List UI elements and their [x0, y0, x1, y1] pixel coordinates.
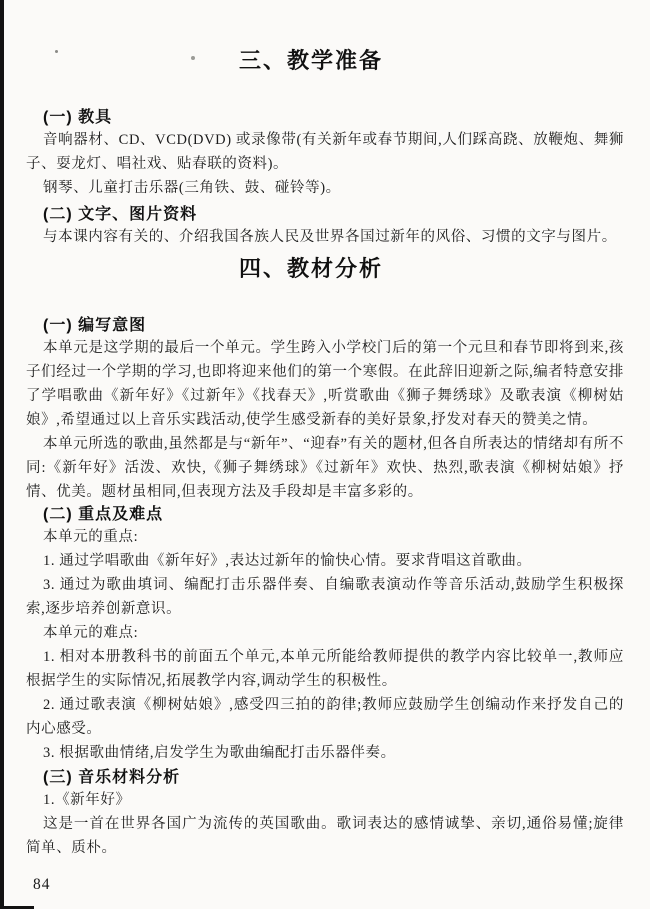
paragraph-song-item-title: 1.《新年好》 [26, 788, 624, 812]
paragraph-difficult-points-intro: 本单元的难点: [26, 621, 624, 645]
paragraph-writing-intent-2: 本单元所选的歌曲,虽然都是与“新年”、“迎春”有关的题材,但各自所表达的情绪却有… [26, 432, 624, 504]
paragraph-key-point-3: 3. 通过为歌曲填词、编配打击乐器伴奏、自编歌表演动作等音乐活动,鼓励学生积极探… [26, 573, 624, 621]
heading-music-material-analysis: (三) 音乐材料分析 [26, 767, 624, 788]
paragraph-audio-equipment: 音响器材、CD、VCD(DVD) 或录像带(有关新年或春节期间,人们踩高跷、放鞭… [26, 128, 624, 176]
page-content: 三、教学准备 (一) 教具 音响器材、CD、VCD(DVD) 或录像带(有关新年… [26, 0, 624, 860]
paragraph-piano-percussion: 钢琴、儿童打击乐器(三角铁、鼓、碰铃等)。 [26, 176, 624, 200]
section-title-textbook-analysis: 四、教材分析 [12, 255, 610, 283]
paragraph-key-points-intro: 本单元的重点: [26, 525, 624, 549]
paragraph-related-materials: 与本课内容有关的、介绍我国各族人民及世界各国过新年的风俗、习惯的文字与图片。 [26, 225, 624, 249]
paragraph-song-description: 这是一首在世界各国广为流传的英国歌曲。歌词表达的感情诚挚、亲切,通俗易懂;旋律简… [26, 812, 624, 860]
heading-key-difficult-points: (二) 重点及难点 [26, 504, 624, 525]
paragraph-writing-intent-1: 本单元是这学期的最后一个单元。学生跨入小学校门后的第一个元旦和春节即将到来,孩子… [26, 336, 624, 432]
section-title-teaching-preparation: 三、教学准备 [12, 47, 610, 75]
paragraph-key-point-1: 1. 通过学唱歌曲《新年好》,表达过新年的愉快心情。要求背唱这首歌曲。 [26, 549, 624, 573]
heading-teaching-aids: (一) 教具 [26, 107, 624, 128]
scan-edge-artifact [0, 0, 4, 909]
paragraph-difficult-point-2: 2. 通过歌表演《柳树姑娘》,感受四三拍的韵律;教师应鼓励学生创编动作来抒发自己… [26, 693, 624, 741]
heading-text-picture-materials: (二) 文字、图片资料 [26, 204, 624, 225]
heading-writing-intent: (一) 编写意图 [26, 315, 624, 336]
scanned-document-page: 三、教学准备 (一) 教具 音响器材、CD、VCD(DVD) 或录像带(有关新年… [0, 0, 650, 909]
page-number: 84 [33, 876, 51, 894]
paragraph-difficult-point-1: 1. 相对本册教科书的前面五个单元,本单元所能给教师提供的教学内容比较单一,教师… [26, 645, 624, 693]
paragraph-difficult-point-3: 3. 根据歌曲情绪,启发学生为歌曲编配打击乐器伴奏。 [26, 741, 624, 765]
